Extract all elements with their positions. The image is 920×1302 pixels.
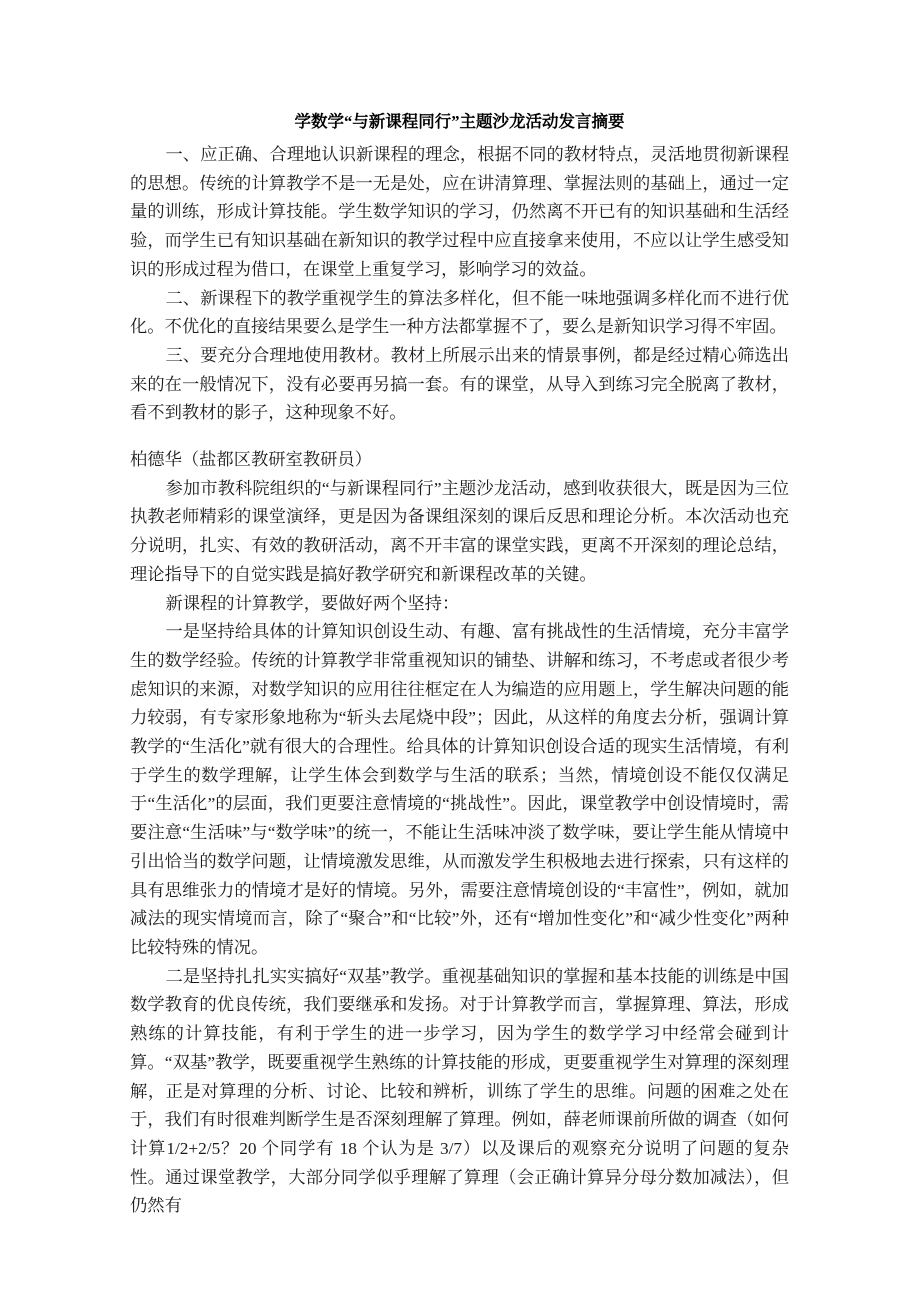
summary-point-1: 一、应正确、合理地认识新课程的理念，根据不同的教材特点，灵活地贯彻新课程的思想。… [130, 141, 789, 285]
speaker-name-line: 柏德华（盐都区教研室教研员） [130, 446, 789, 475]
speech-paragraph-two-persistences-intro: 新课程的计算教学，要做好两个坚持： [130, 590, 789, 619]
summary-point-3: 三、要充分合理地使用教材。教材上所展示出来的情景事例，都是经过精心筛选出来的在一… [130, 342, 789, 428]
document-title: 学数学“与新课程同行”主题沙龙活动发言摘要 [130, 107, 789, 136]
speech-paragraph-persistence-1: 一是坚持给具体的计算知识创设生动、有趣、富有挑战性的生活情境，充分丰富学生的数学… [130, 618, 789, 962]
document-page: 学数学“与新课程同行”主题沙龙活动发言摘要 一、应正确、合理地认识新课程的理念，… [0, 0, 920, 1302]
speech-paragraph-persistence-2: 二是坚持扎扎实实搞好“双基”教学。重视基础知识的掌握和基本技能的训练是中国数学教… [130, 963, 789, 1221]
summary-point-2: 二、新课程下的教学重视学生的算法多样化，但不能一味地强调多样化而不进行优化。不优… [130, 285, 789, 342]
speech-paragraph-reflection: 参加市教科院组织的“与新课程同行”主题沙龙活动，感到收获很大，既是因为三位执教老… [130, 475, 789, 590]
